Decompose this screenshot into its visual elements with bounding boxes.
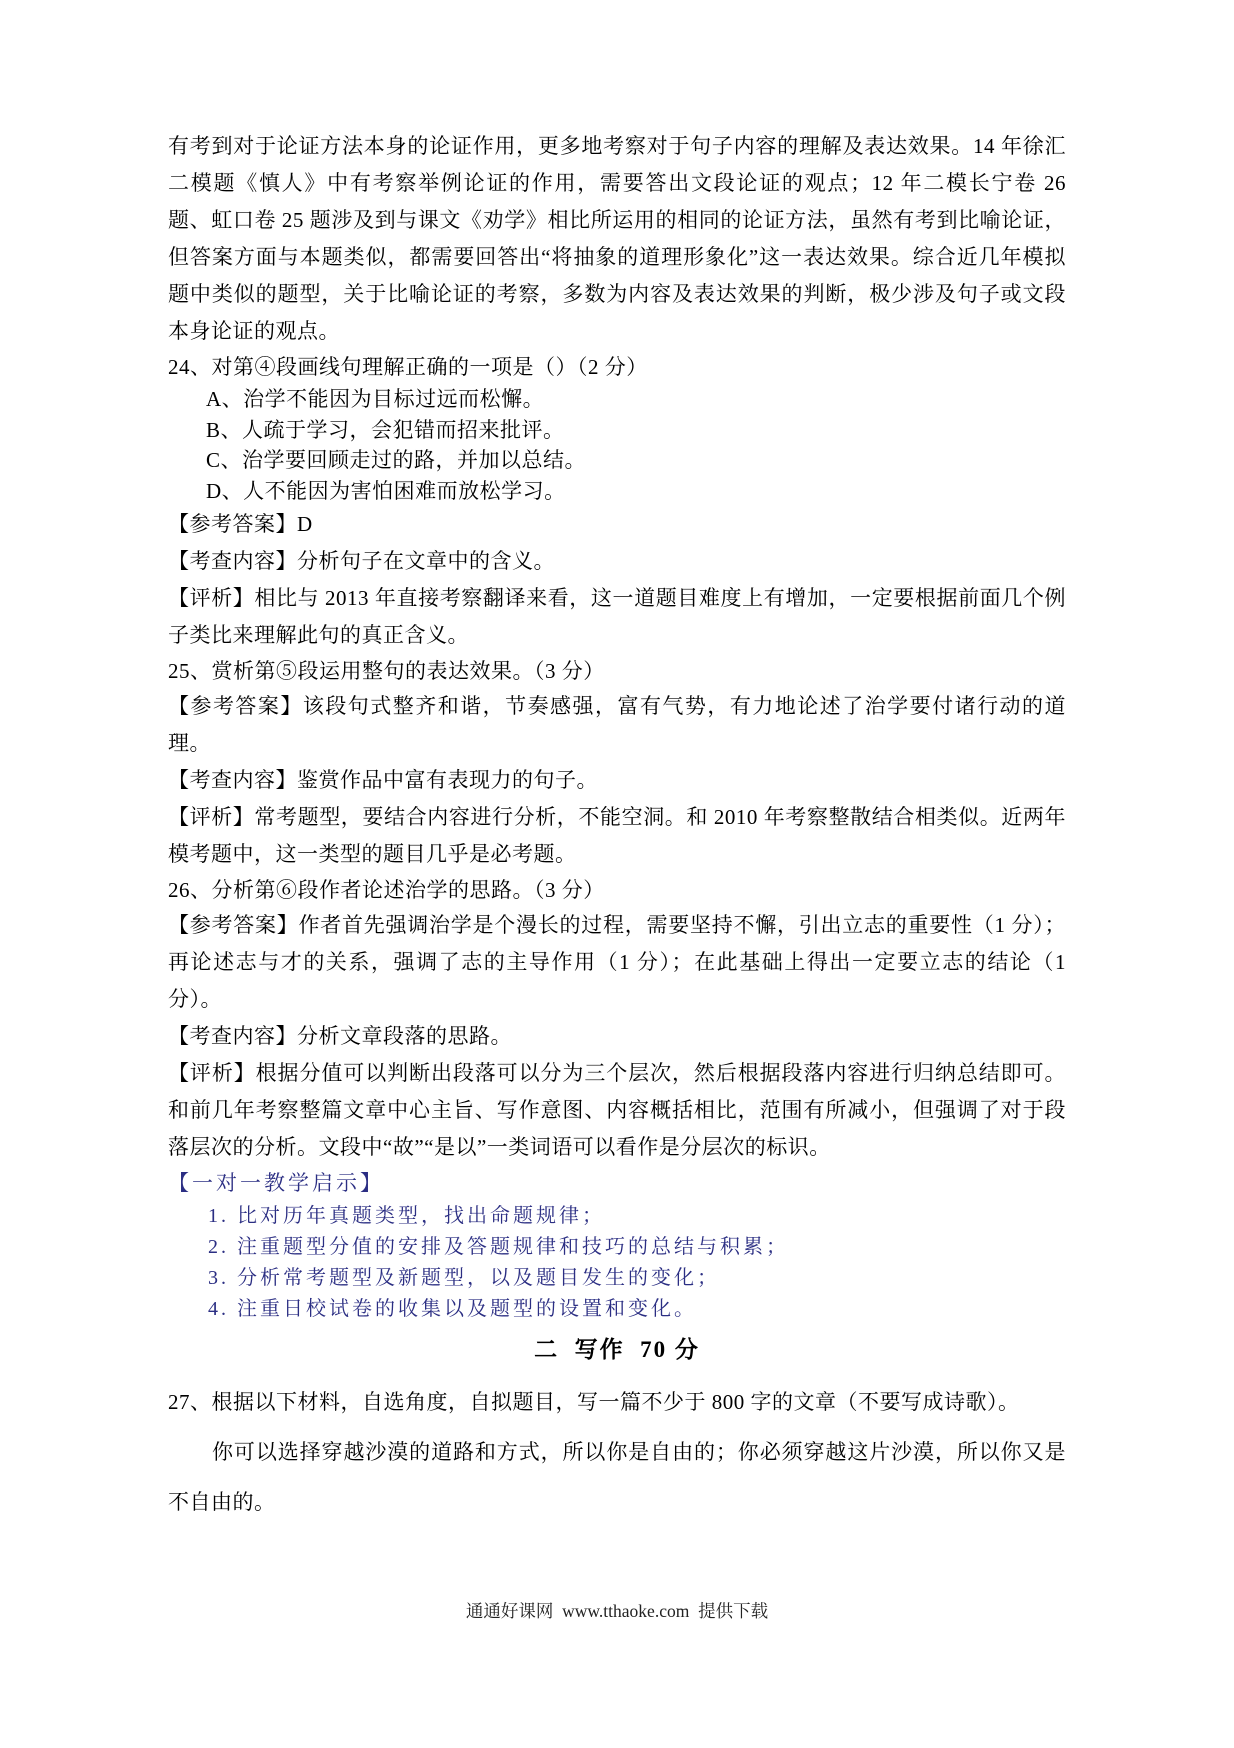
question-26: 26、分析第⑥段作者论述治学的思路。（3 分） 【参考答案】作者首先强调治学是个… bbox=[168, 873, 1066, 1166]
question-27-stem: 27、根据以下材料，自选角度，自拟题目，写一篇不少于 800 字的文章（不要写成… bbox=[168, 1377, 1066, 1427]
teaching-tips-item-4: 4. 注重日校试卷的收集以及题型的设置和变化。 bbox=[168, 1294, 1066, 1325]
question-24-option-d: D、人不能因为害怕困难而放松学习。 bbox=[168, 476, 1066, 507]
question-27: 27、根据以下材料，自选角度，自拟题目，写一篇不少于 800 字的文章（不要写成… bbox=[168, 1377, 1066, 1527]
document-page: 有考到对于论证方法本身的论证作用，更多地考察对于句子内容的理解及表达效果。14 … bbox=[168, 128, 1066, 1527]
intro-paragraph: 有考到对于论证方法本身的论证作用，更多地考察对于句子内容的理解及表达效果。14 … bbox=[168, 128, 1066, 350]
question-24-reference-answer: 【参考答案】D bbox=[168, 506, 1066, 543]
teaching-tips: 【一对一教学启示】 1. 比对历年真题类型，找出命题规律； 2. 注重题型分值的… bbox=[168, 1166, 1066, 1325]
teaching-tips-item-2: 2. 注重题型分值的安排及答题规律和技巧的总结与积累； bbox=[168, 1232, 1066, 1263]
essay-material: 你可以选择穿越沙漠的道路和方式，所以你是自由的；你必须穿越这片沙漠，所以你又是不… bbox=[168, 1427, 1066, 1527]
question-25: 25、赏析第⑤段运用整句的表达效果。（3 分） 【参考答案】该段句式整齐和谐，节… bbox=[168, 654, 1066, 873]
question-25-reference-answer: 【参考答案】该段句式整齐和谐，节奏感强，富有气势，有力地论述了治学要付诸行动的道… bbox=[168, 688, 1066, 762]
question-24-stem: 24、对第④段画线句理解正确的一项是（）（2 分） bbox=[168, 350, 1066, 384]
teaching-tips-item-3: 3. 分析常考题型及新题型，以及题目发生的变化； bbox=[168, 1263, 1066, 1294]
question-24-option-c: C、治学要回顾走过的路，并加以总结。 bbox=[168, 445, 1066, 476]
question-24-examined-content: 【考查内容】分析句子在文章中的含义。 bbox=[168, 543, 1066, 580]
teaching-tips-item-1: 1. 比对历年真题类型，找出命题规律； bbox=[168, 1201, 1066, 1232]
question-26-reference-answer: 【参考答案】作者首先强调治学是个漫长的过程，需要坚持不懈，引出立志的重要性（1 … bbox=[168, 907, 1066, 1018]
question-26-examined-content: 【考查内容】分析文章段落的思路。 bbox=[168, 1018, 1066, 1055]
page-footer: 通通好课网 www.tthaoke.com 提供下载 bbox=[0, 1598, 1234, 1623]
question-24-analysis: 【评析】相比与 2013 年直接考察翻译来看，这一道题目难度上有增加，一定要根据… bbox=[168, 580, 1066, 654]
question-24: 24、对第④段画线句理解正确的一项是（）（2 分） A、治学不能因为目标过远而松… bbox=[168, 350, 1066, 654]
teaching-tips-heading: 【一对一教学启示】 bbox=[168, 1166, 1066, 1201]
section-writing-heading: 二 写作 70 分 bbox=[168, 1333, 1066, 1367]
question-24-option-a: A、治学不能因为目标过远而松懈。 bbox=[168, 384, 1066, 415]
question-24-option-b: B、人疏于学习，会犯错而招来批评。 bbox=[168, 415, 1066, 446]
question-25-examined-content: 【考查内容】鉴赏作品中富有表现力的句子。 bbox=[168, 762, 1066, 799]
question-25-stem: 25、赏析第⑤段运用整句的表达效果。（3 分） bbox=[168, 654, 1066, 688]
question-26-analysis: 【评析】根据分值可以判断出段落可以分为三个层次，然后根据段落内容进行归纳总结即可… bbox=[168, 1055, 1066, 1166]
question-25-analysis: 【评析】常考题型，要结合内容进行分析，不能空洞。和 2010 年考察整散结合相类… bbox=[168, 799, 1066, 873]
question-26-stem: 26、分析第⑥段作者论述治学的思路。（3 分） bbox=[168, 873, 1066, 907]
